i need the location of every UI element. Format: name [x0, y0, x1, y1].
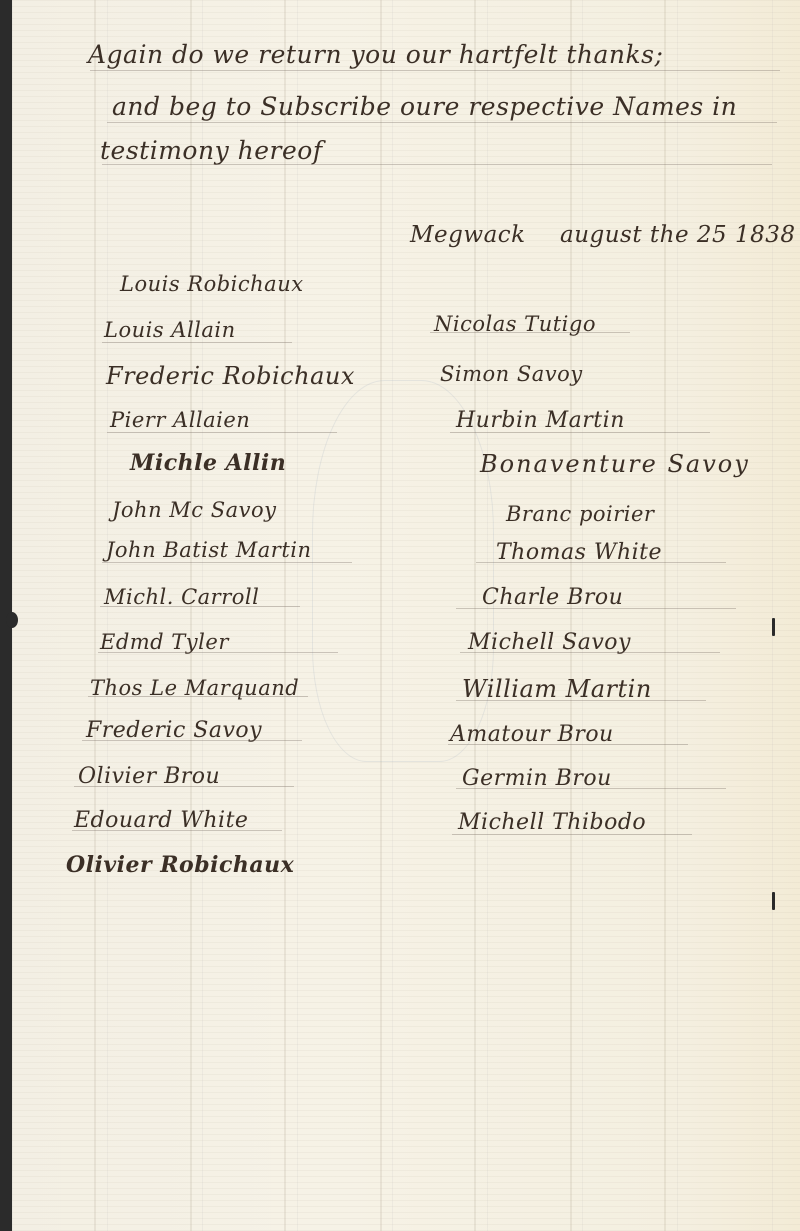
page-edge-notch	[6, 612, 18, 628]
ruled-line	[107, 432, 337, 433]
ruled-line	[102, 342, 292, 343]
paper-grid-line	[94, 0, 96, 1231]
signature: Louis Robichaux	[120, 272, 304, 296]
ruled-line	[74, 786, 294, 787]
signature: Branc poirier	[506, 502, 654, 526]
ruled-line	[460, 652, 720, 653]
ruled-line	[430, 332, 630, 333]
signature: John Batist Martin	[106, 538, 312, 562]
ruled-line	[72, 830, 282, 831]
ruled-line	[102, 164, 772, 165]
binding-mark	[772, 618, 775, 636]
signature: Pierr Allaien	[110, 408, 250, 432]
signature: John Mc Savoy	[112, 498, 277, 522]
ruled-line	[107, 122, 777, 123]
signature: Louis Allain	[104, 318, 236, 342]
signature: Michell Thibodo	[458, 810, 646, 835]
ruled-line	[90, 70, 780, 71]
ruled-line	[100, 606, 300, 607]
signature: Simon Savoy	[440, 362, 583, 386]
letter-place: Megwack	[410, 222, 526, 248]
signature: Frederic Robichaux	[106, 362, 355, 390]
paper-watermark	[312, 380, 494, 762]
ruled-line	[88, 696, 308, 697]
signature: Bonaventure Savoy	[480, 450, 750, 478]
closing-line-2: and beg to Subscribe oure respective Nam…	[112, 92, 737, 121]
ruled-line	[456, 788, 726, 789]
signature: William Martin	[462, 675, 652, 703]
closing-line-1: Again do we return you our hartfelt than…	[88, 40, 663, 69]
letter-date: august the 25 1838	[560, 222, 796, 248]
signature: Hurbin Martin	[456, 408, 625, 433]
manuscript-page: Again do we return you our hartfelt than…	[12, 0, 800, 1231]
ruled-line	[456, 700, 706, 701]
ruled-line	[476, 562, 726, 563]
ruled-line	[448, 744, 688, 745]
ruled-line	[98, 652, 338, 653]
signature: Michle Allin	[130, 450, 286, 476]
signature: Edmd Tyler	[100, 630, 229, 654]
ruled-line	[102, 562, 352, 563]
ruled-line	[456, 608, 736, 609]
ruled-line	[82, 740, 302, 741]
signature: Charle Brou	[482, 585, 623, 610]
binding-mark	[772, 892, 775, 910]
closing-line-3: testimony hereof	[100, 136, 323, 165]
paper-grid-line	[190, 0, 192, 1231]
ruled-line	[452, 834, 692, 835]
ruled-line	[450, 432, 710, 433]
signature: Olivier Robichaux	[66, 852, 294, 878]
paper-grid-line	[284, 0, 286, 1231]
paper-grid-line	[570, 0, 572, 1231]
paper-grid-line	[664, 0, 666, 1231]
